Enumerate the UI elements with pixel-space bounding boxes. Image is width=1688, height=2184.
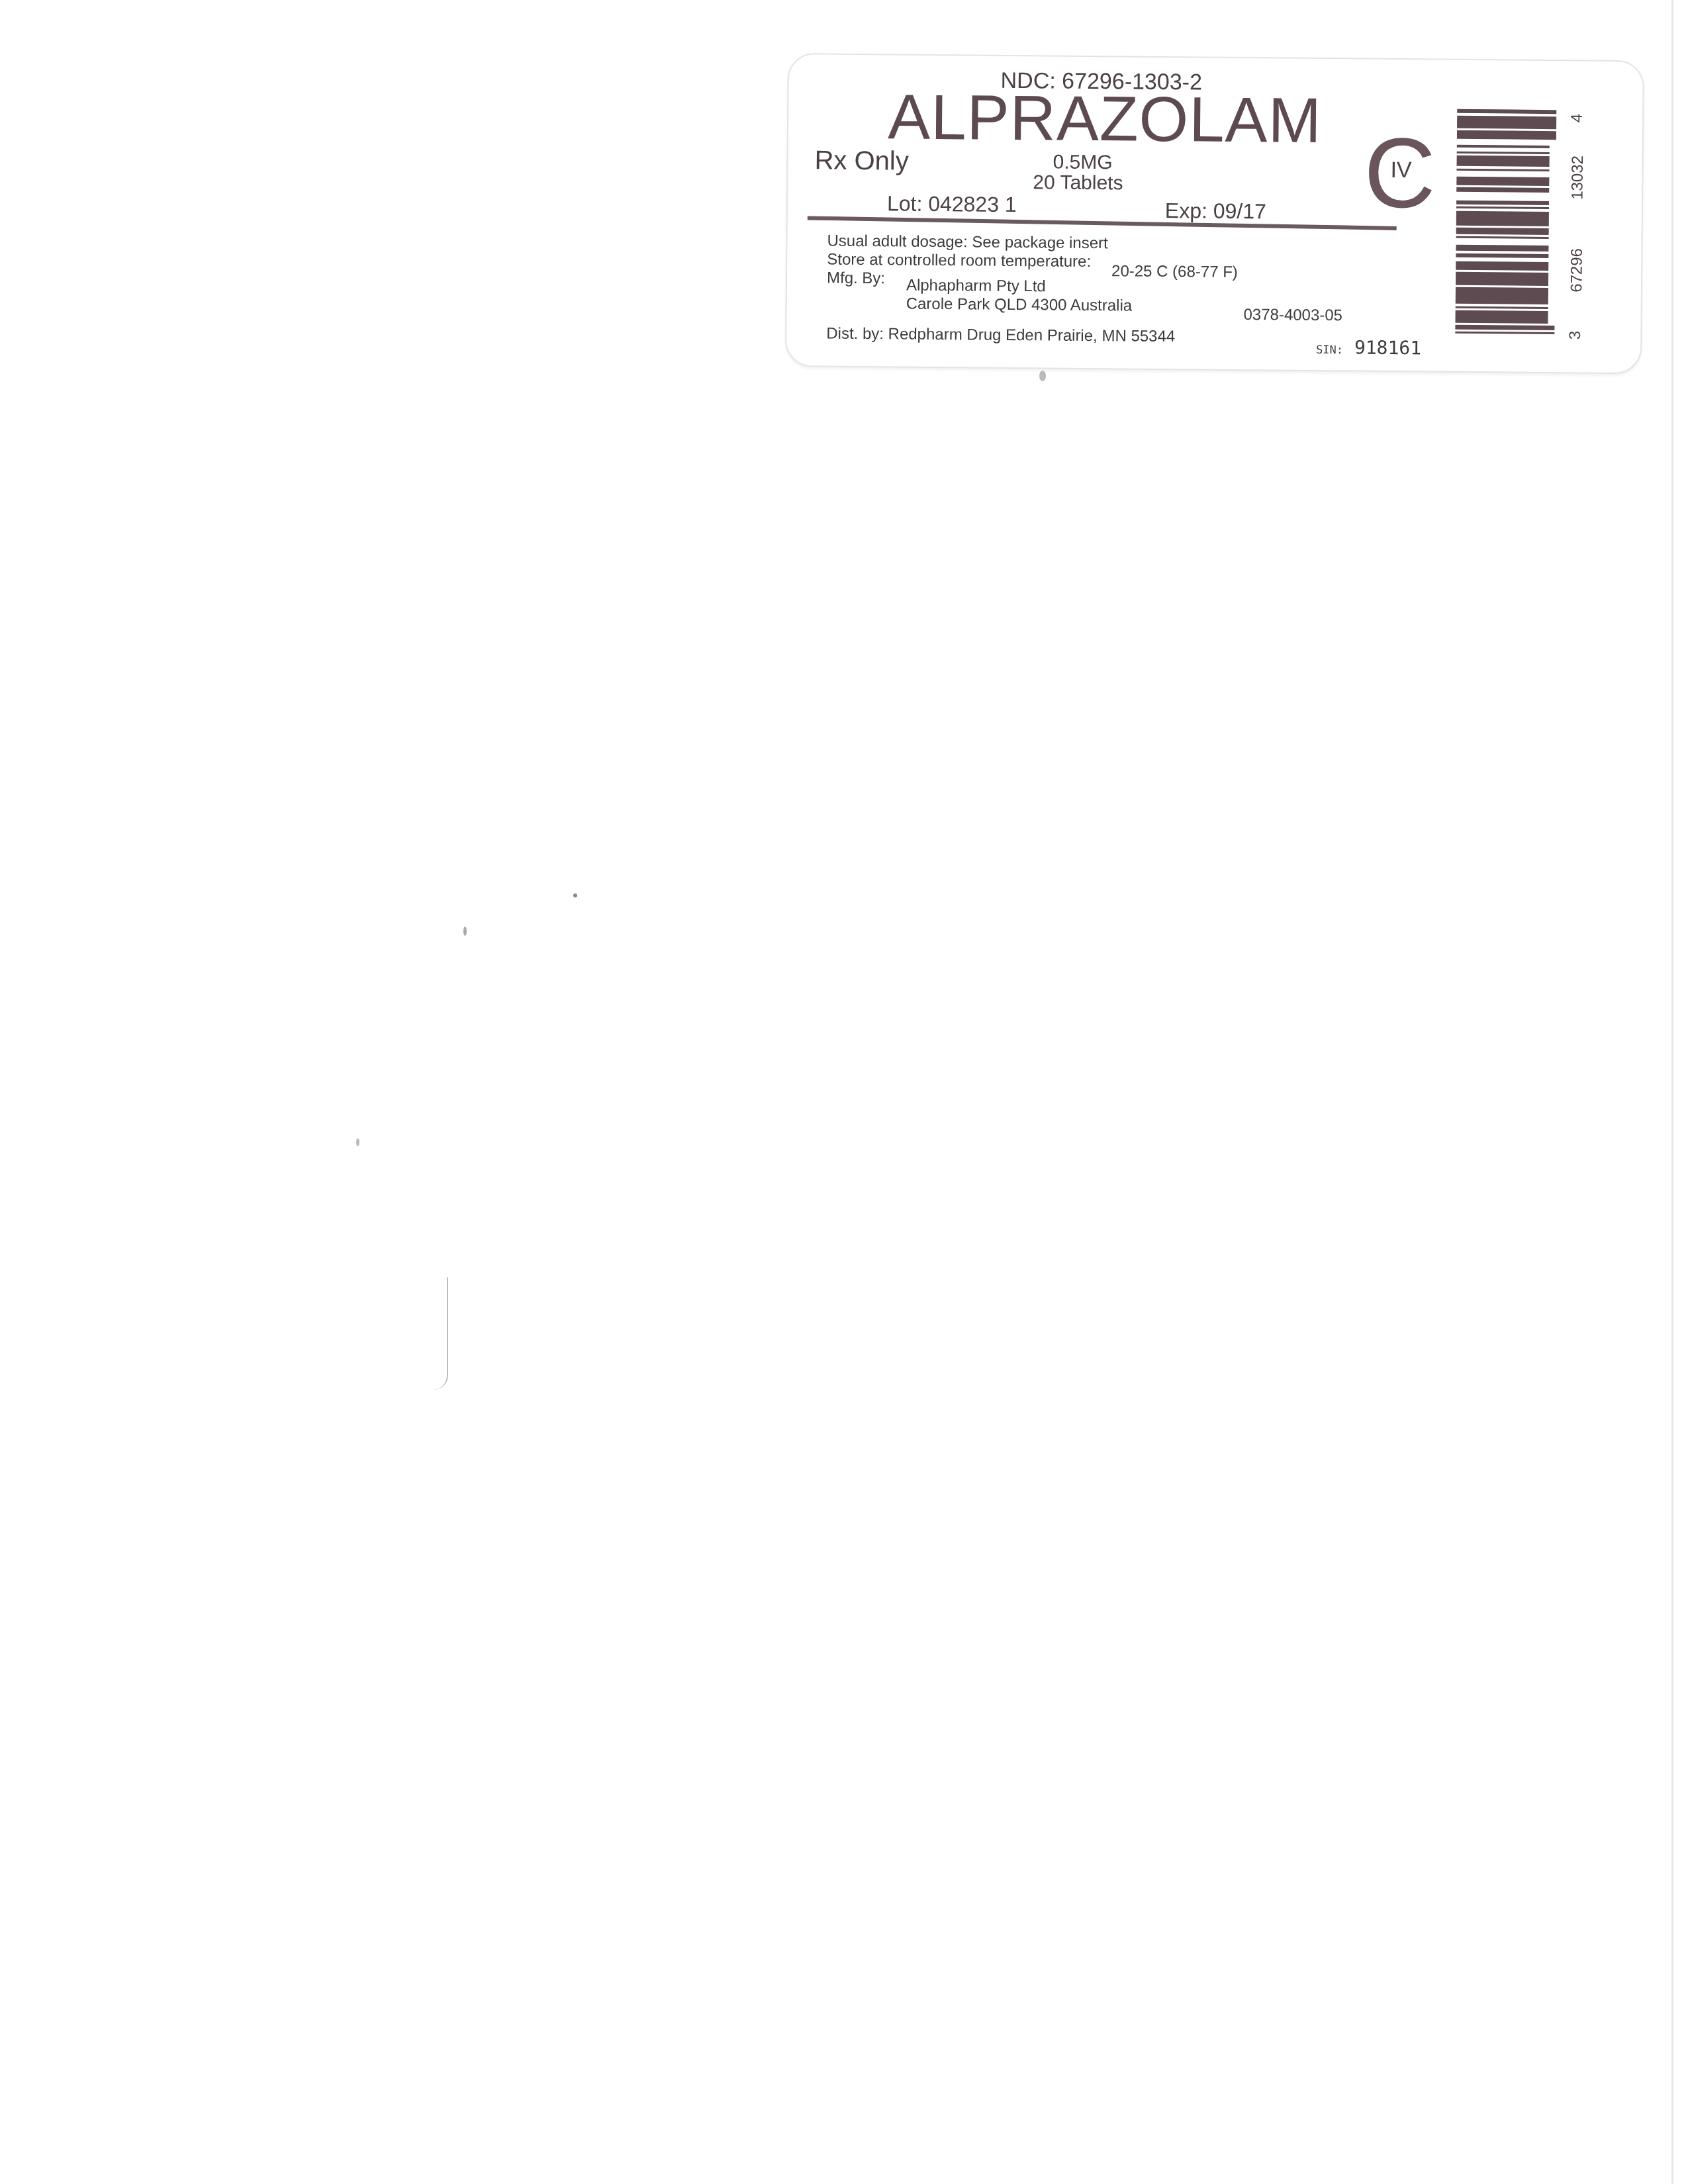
barcode-bar: [1456, 236, 1549, 239]
distributor: Dist. by: Redpharm Drug Eden Prairie, MN…: [826, 326, 1175, 345]
manufacturer-name: Alphapharm Pty Ltd: [906, 278, 1046, 295]
sin-number: SIN: 918161: [1316, 338, 1421, 357]
barcode-bar: [1456, 168, 1549, 171]
barcode-bar: [1456, 306, 1548, 308]
manufacturer-address: Carole Park QLD 4300 Australia: [906, 296, 1133, 314]
scan-speck: [1039, 371, 1046, 381]
barcode-bar: [1457, 130, 1556, 140]
controlled-substance-schedule-icon: C IV: [1364, 132, 1437, 219]
sin-label: SIN:: [1316, 343, 1343, 357]
storage-label: Store at controlled room temperature:: [827, 252, 1091, 270]
page-edge: [1671, 0, 1673, 2184]
reference-code: 0378-4003-05: [1243, 307, 1342, 324]
barcode-bar: [1457, 109, 1556, 114]
barcode: [1455, 109, 1563, 332]
barcode-bar: [1456, 177, 1549, 186]
storage-value: 20-25 C (68-77 F): [1111, 263, 1238, 281]
scan-mark: [434, 1277, 448, 1390]
barcode-digit-right: 4: [1568, 114, 1587, 123]
barcode-digit-left: 3: [1566, 331, 1585, 340]
barcode-bar: [1456, 272, 1548, 285]
barcode-bar: [1455, 332, 1554, 334]
barcode-bar: [1455, 310, 1548, 324]
prescription-label: NDC: 67296-1303-2 ALPRAZOLAM Rx Only 0.5…: [785, 53, 1644, 374]
barcode-digits-group2: 13032: [1568, 156, 1587, 200]
barcode-bar: [1456, 245, 1548, 252]
scan-speck: [356, 1138, 359, 1146]
barcode-digits-group1: 67296: [1568, 248, 1587, 293]
barcode-bar: [1457, 152, 1550, 154]
barcode-bar: [1456, 228, 1549, 235]
expiration-date: Exp: 09/17: [1165, 200, 1266, 222]
barcode-bar: [1456, 261, 1548, 271]
barcode-bar: [1455, 325, 1554, 330]
barcode-bar: [1457, 115, 1556, 128]
tablet-count: 20 Tablets: [1033, 173, 1123, 193]
barcode-bar: [1457, 156, 1550, 167]
barcode-bar: [1457, 145, 1550, 148]
scan-speck: [573, 893, 577, 897]
manufacturer-label: Mfg. By:: [827, 271, 885, 287]
barcode-bar: [1456, 187, 1549, 193]
schedule-numeral: IV: [1390, 158, 1411, 183]
scan-speck: [463, 927, 467, 936]
divider-rule: [808, 216, 1397, 230]
barcode-bar: [1456, 200, 1549, 205]
dosage-instructions: Usual adult dosage: See package insert: [827, 234, 1107, 252]
sin-value: 918161: [1354, 336, 1421, 359]
strength: 0.5MG: [1053, 153, 1112, 173]
drug-name: ALPRAZOLAM: [888, 85, 1322, 153]
barcode-bar: [1456, 206, 1549, 209]
lot-number: Lot: 042823 1: [887, 193, 1017, 215]
rx-only-notice: Rx Only: [814, 147, 909, 174]
barcode-bar: [1456, 210, 1549, 226]
barcode-bar: [1456, 253, 1548, 258]
barcode-bar: [1456, 287, 1548, 305]
